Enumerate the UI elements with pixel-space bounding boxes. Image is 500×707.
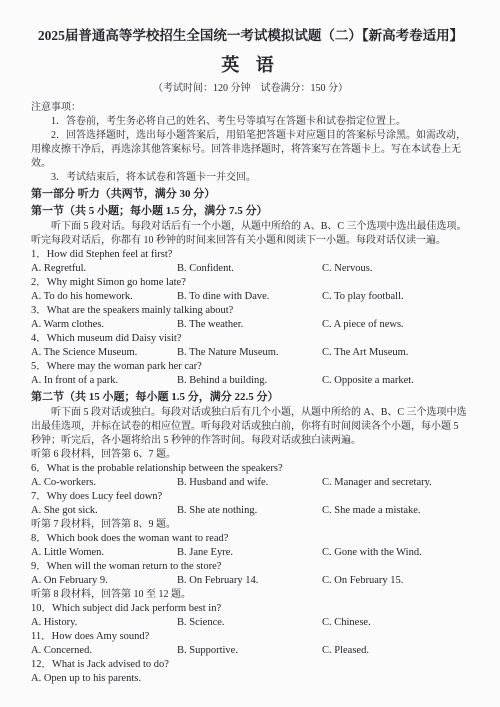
- question-7-option-b: B. She ate nothing.: [177, 504, 322, 518]
- question-9-option-a: A. On February 9.: [31, 574, 177, 588]
- question-11: 11．How does Amy sound?: [31, 630, 470, 644]
- notice-item-1: 1．答卷前，考生务必将自己的姓名、考生号等填写在答题卡和试卷指定位置上。: [31, 115, 470, 129]
- question-1-options: A. Regretful. B. Confident. C. Nervous.: [31, 262, 470, 276]
- material-cue-6: 听第 6 段材料，回答第 6、7 题。: [31, 448, 470, 462]
- question-4-option-b: B. The Nature Museum.: [177, 346, 322, 360]
- section2-instructions: 听下面 5 段对话或独白。每段对话或独白后有几个小题，从题中所给的 A、B、C …: [31, 406, 470, 448]
- notices-heading: 注意事项：: [31, 101, 470, 115]
- question-12-options: A. Open up to his parents.: [31, 672, 470, 686]
- question-7-options: A. She got sick. B. She ate nothing. C. …: [31, 504, 470, 518]
- question-7: 7．Why does Lucy feel down?: [31, 490, 470, 504]
- material-cue-8: 听第 8 段材料，回答第 10 至 12 题。: [31, 588, 470, 602]
- question-2-option-b: B. To dine with Dave.: [177, 290, 322, 304]
- question-1-option-a: A. Regretful.: [31, 262, 177, 276]
- exam-paper: 2025届普通高等学校招生全国统一考试模拟试题（二）【新高考卷适用】 英 语 （…: [0, 0, 500, 686]
- question-10-option-a: A. History.: [31, 616, 177, 630]
- question-8-option-c: C. Gone with the Wind.: [322, 546, 470, 560]
- question-8-option-a: A. Little Women.: [31, 546, 177, 560]
- question-2-option-a: A. To do his homework.: [31, 290, 177, 304]
- question-2-option-c: C. To play football.: [322, 290, 470, 304]
- question-7-option-a: A. She got sick.: [31, 504, 177, 518]
- exam-title: 2025届普通高等学校招生全国统一考试模拟试题（二）【新高考卷适用】: [27, 26, 474, 46]
- question-1: 1．How did Stephen feel at first?: [31, 248, 470, 262]
- section1-heading: 第一节（共 5 小题；每小题 1.5 分，满分 7.5 分）: [31, 204, 470, 219]
- question-9: 9．When will the woman return to the stor…: [31, 560, 470, 574]
- question-6: 6．What is the probable relationship betw…: [31, 462, 470, 476]
- section2-heading: 第二节（共 15 小题；每小题 1.5 分，满分 22.5 分）: [31, 390, 470, 405]
- question-8: 8．Which book does the woman want to read…: [31, 532, 470, 546]
- question-9-options: A. On February 9. B. On February 14. C. …: [31, 574, 470, 588]
- question-6-option-c: C. Manager and secretary.: [322, 476, 470, 490]
- section1-instructions: 听下面 5 段对话。每段对话后有一个小题，从题中所给的 A、B、C 三个选项中选…: [31, 220, 470, 248]
- question-7-option-c: C. She made a mistake.: [322, 504, 470, 518]
- question-10-option-b: B. Science.: [177, 616, 322, 630]
- question-9-option-b: B. On February 14.: [177, 574, 322, 588]
- question-5-options: A. In front of a park. B. Behind a build…: [31, 374, 470, 388]
- question-10-option-c: C. Chinese.: [322, 616, 470, 630]
- question-6-option-a: A. Co-workers.: [31, 476, 177, 490]
- question-3-option-b: B. The weather.: [177, 318, 322, 332]
- question-10: 10．Which subject did Jack perform best i…: [31, 602, 470, 616]
- question-5: 5．Where may the woman park her car?: [31, 360, 470, 374]
- part1-heading: 第一部分 听力（共两节，满分 30 分）: [31, 187, 470, 202]
- question-4-option-a: A. The Science Museum.: [31, 346, 177, 360]
- question-12: 12．What is Jack advised to do?: [31, 658, 470, 672]
- question-2: 2．Why might Simon go home late?: [31, 276, 470, 290]
- question-5-option-c: C. Opposite a market.: [322, 374, 470, 388]
- question-5-option-a: A. In front of a park.: [31, 374, 177, 388]
- question-12-option-a: A. Open up to his parents.: [31, 672, 177, 686]
- question-3: 3．What are the speakers mainly talking a…: [31, 304, 470, 318]
- question-1-option-b: B. Confident.: [177, 262, 322, 276]
- question-1-option-c: C. Nervous.: [322, 262, 470, 276]
- exam-info-line: （考试时间：120 分钟 试卷满分：150 分）: [31, 82, 470, 96]
- notice-item-3: 3．考试结束后，将本试卷和答题卡一并交回。: [31, 171, 470, 185]
- question-8-option-b: B. Jane Eyre.: [177, 546, 322, 560]
- question-4: 4．Which museum did Daisy visit?: [31, 332, 470, 346]
- question-3-option-c: C. A piece of news.: [322, 318, 470, 332]
- question-11-option-c: C. Pleased.: [322, 644, 470, 658]
- question-11-option-b: B. Supportive.: [177, 644, 322, 658]
- question-2-options: A. To do his homework. B. To dine with D…: [31, 290, 470, 304]
- question-9-option-c: C. On February 15.: [322, 574, 470, 588]
- question-3-option-a: A. Warm clothes.: [31, 318, 177, 332]
- material-cue-7: 听第 7 段材料，回答第 8、9 题。: [31, 518, 470, 532]
- question-4-option-c: C. The Art Museum.: [322, 346, 470, 360]
- notice-item-2: 2．回答选择题时，选出每小题答案后，用铅笔把答题卡对应题目的答案标号涂黑。如需改…: [31, 129, 470, 171]
- question-6-options: A. Co-workers. B. Husband and wife. C. M…: [31, 476, 470, 490]
- question-10-options: A. History. B. Science. C. Chinese.: [31, 616, 470, 630]
- question-11-options: A. Concerned. B. Supportive. C. Pleased.: [31, 644, 470, 658]
- question-11-option-a: A. Concerned.: [31, 644, 177, 658]
- question-3-options: A. Warm clothes. B. The weather. C. A pi…: [31, 318, 470, 332]
- question-8-options: A. Little Women. B. Jane Eyre. C. Gone w…: [31, 546, 470, 560]
- question-4-options: A. The Science Museum. B. The Nature Mus…: [31, 346, 470, 360]
- exam-subject: 英 语: [31, 53, 470, 77]
- question-6-option-b: B. Husband and wife.: [177, 476, 322, 490]
- question-5-option-b: B. Behind a building.: [177, 374, 322, 388]
